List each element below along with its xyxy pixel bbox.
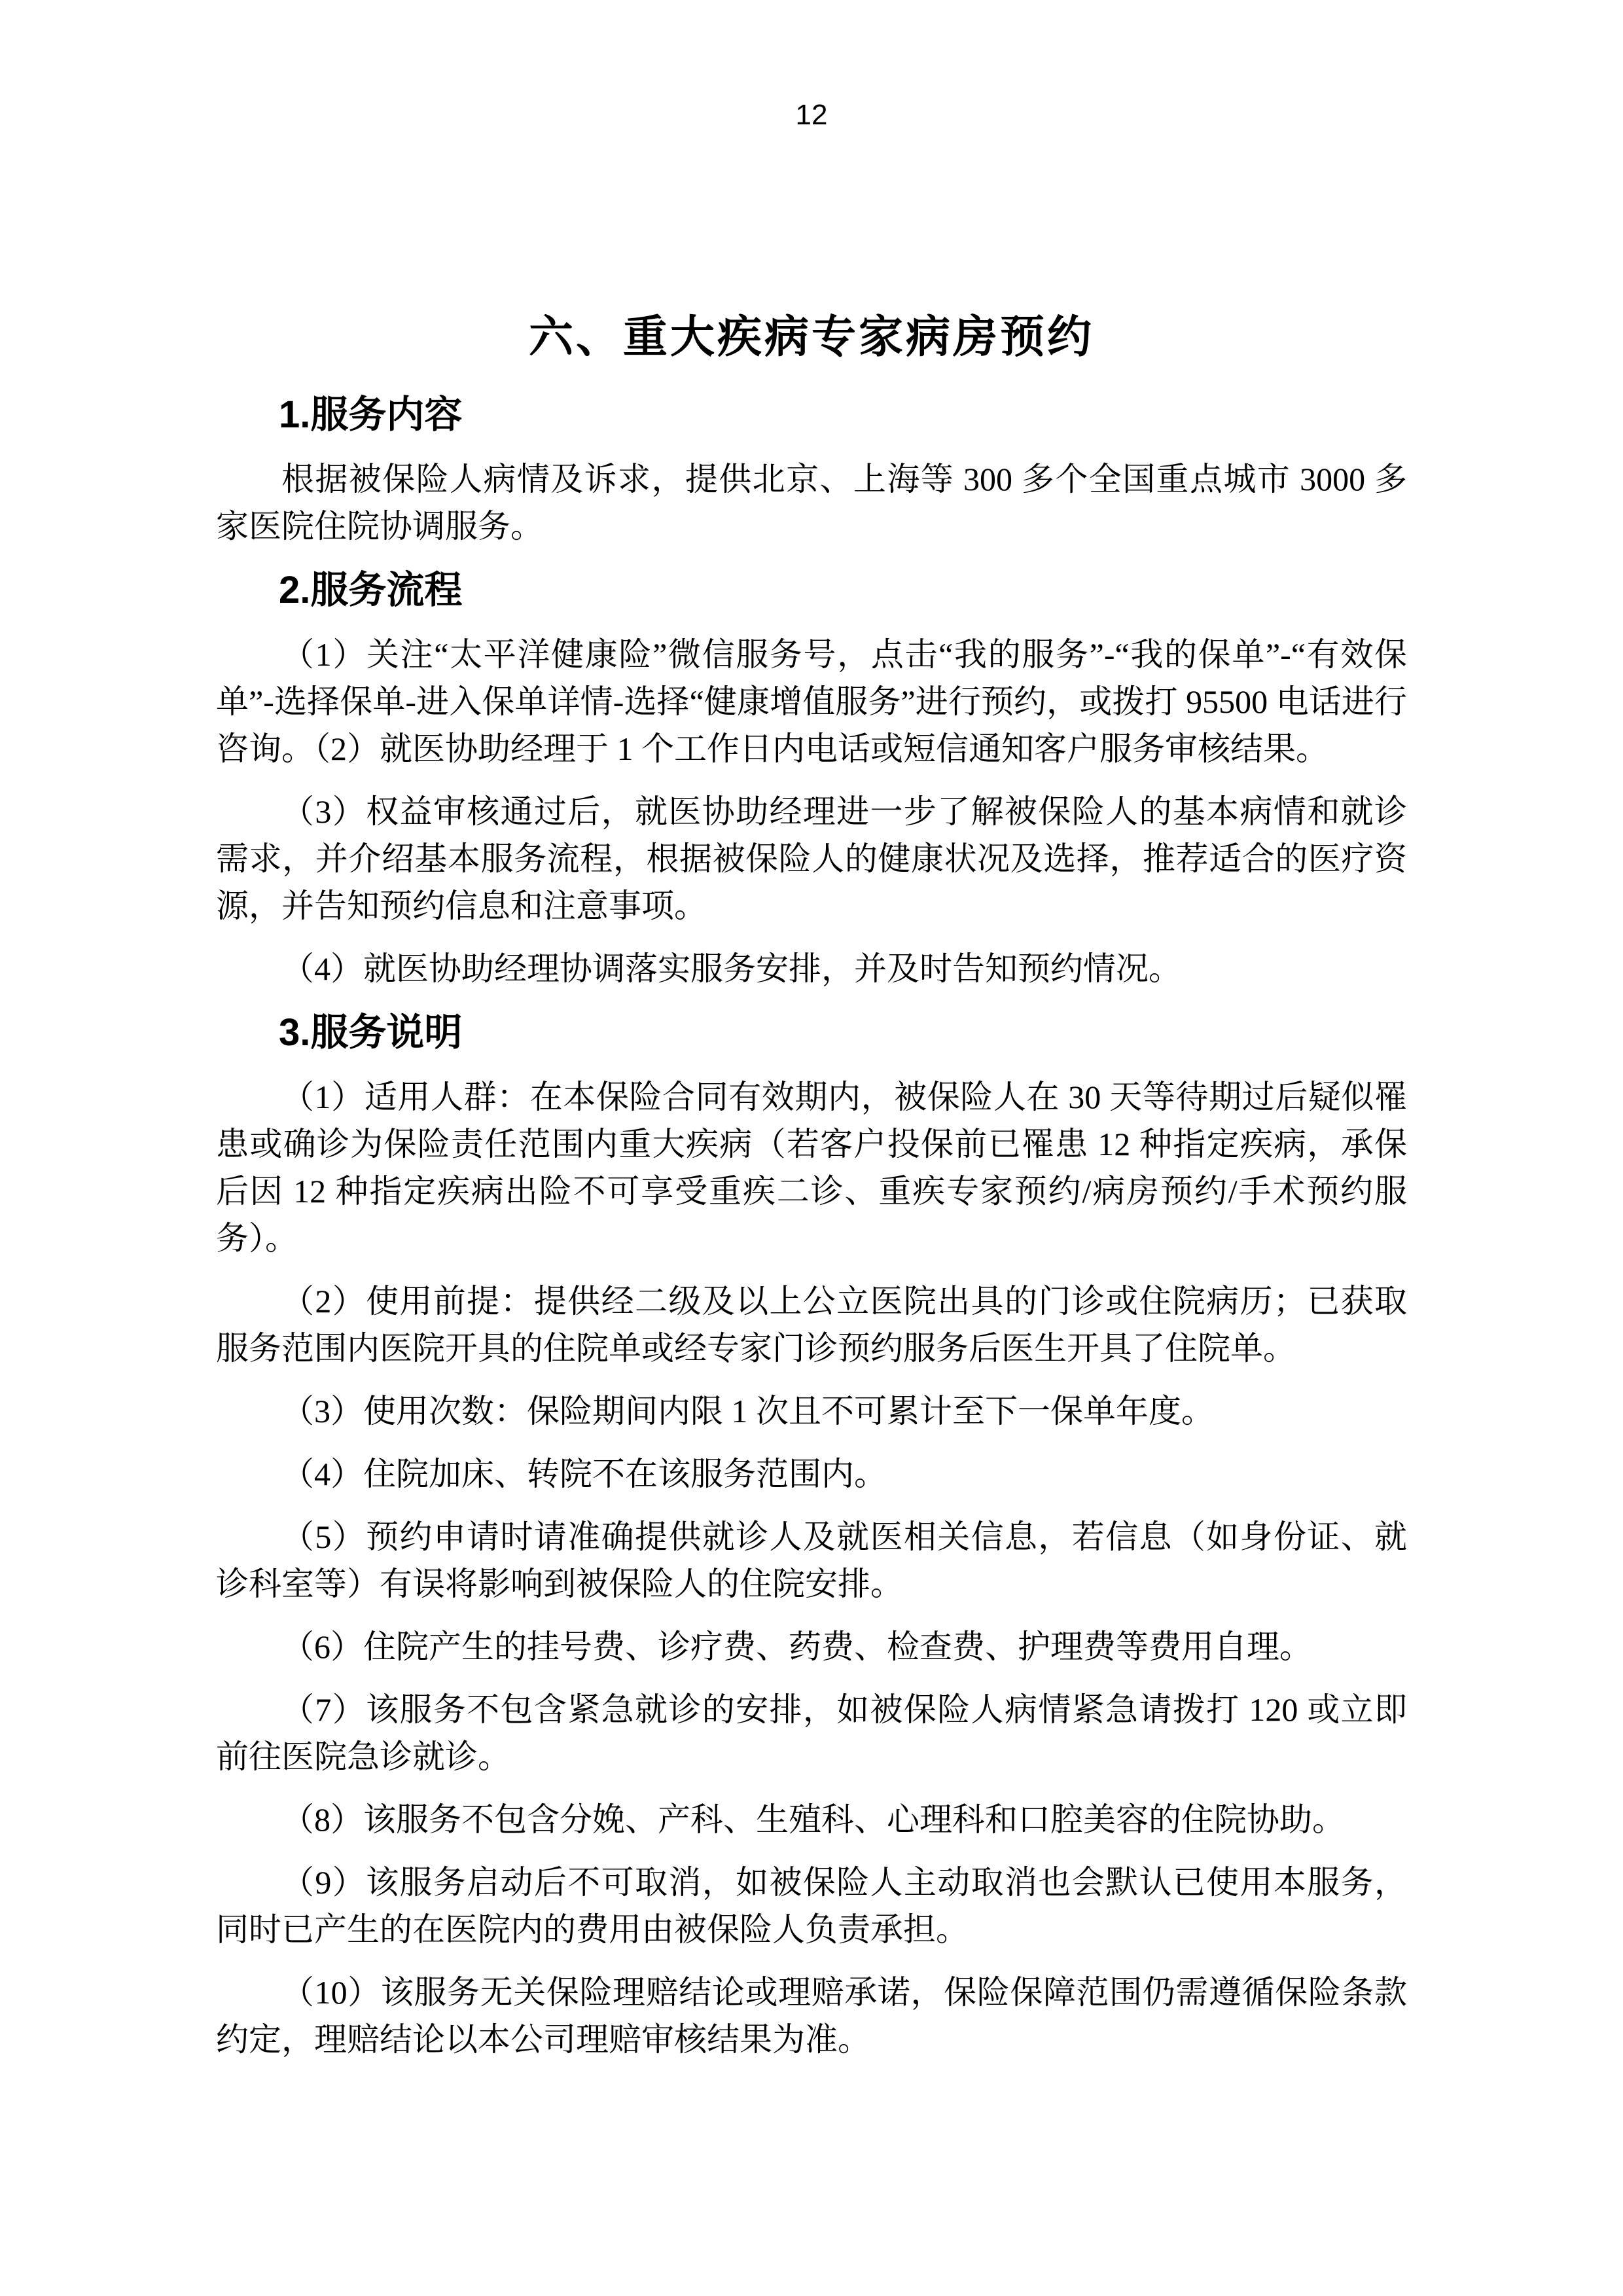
page-title: 六、重大疾病专家病房预约 — [216, 309, 1407, 365]
document-content: 六、重大疾病专家病房预约 1.服务内容 根据被保险人病情及诉求，提供北京、上海等… — [216, 309, 1407, 2063]
paragraph: （4）就医协助经理协调落实服务安排，并及时告知预约情况。 — [216, 945, 1407, 992]
paragraph: 根据被保险人病情及诉求，提供北京、上海等 300 多个全国重点城市 3000 多… — [216, 456, 1407, 550]
paragraph: （1）关注“太平洋健康险”微信服务号，点击“我的服务”-“我的保单”-“有效保单… — [216, 631, 1407, 772]
section-heading-service-content: 1.服务内容 — [279, 390, 1407, 440]
paragraph: （10）该服务无关保险理赔结论或理赔承诺，保险保障范围仍需遵循保险条款约定，理赔… — [216, 1969, 1407, 2063]
paragraph: （4）住院加床、转院不在该服务范围内。 — [216, 1450, 1407, 1498]
paragraph: （7）该服务不包含紧急就诊的安排，如被保险人病情紧急请拨打 120 或立即前往医… — [216, 1686, 1407, 1780]
paragraph: （6）住院产生的挂号费、诊疗费、药费、检查费、护理费等费用自理。 — [216, 1623, 1407, 1670]
paragraph: （3）权益审核通过后，就医协助经理进一步了解被保险人的基本病情和就诊需求，并介绍… — [216, 788, 1407, 929]
section-heading-service-process: 2.服务流程 — [279, 565, 1407, 615]
section-service-content: 1.服务内容 根据被保险人病情及诉求，提供北京、上海等 300 多个全国重点城市… — [216, 390, 1407, 550]
paragraph: （1）适用人群：在本保险合同有效期内，被保险人在 30 天等待期过后疑似罹患或确… — [216, 1073, 1407, 1262]
section-service-notes: 3.服务说明 （1）适用人群：在本保险合同有效期内，被保险人在 30 天等待期过… — [216, 1008, 1407, 2063]
page-number: 12 — [0, 0, 1623, 134]
paragraph: （9）该服务启动后不可取消，如被保险人主动取消也会默认已使用本服务，同时已产生的… — [216, 1859, 1407, 1953]
paragraph: （8）该服务不包含分娩、产科、生殖科、心理科和口腔美容的住院协助。 — [216, 1796, 1407, 1843]
paragraph: （3）使用次数：保险期间内限 1 次且不可累计至下一保单年度。 — [216, 1388, 1407, 1435]
paragraph: （2）使用前提：提供经二级及以上公立医院出具的门诊或住院病历；已获取服务范围内医… — [216, 1278, 1407, 1372]
document-page: 12 六、重大疾病专家病房预约 1.服务内容 根据被保险人病情及诉求，提供北京、… — [0, 0, 1623, 2296]
paragraph: （5）预约申请时请准确提供就诊人及就医相关信息，若信息（如身份证、就诊科室等）有… — [216, 1513, 1407, 1607]
section-heading-service-notes: 3.服务说明 — [279, 1008, 1407, 1058]
section-service-process: 2.服务流程 （1）关注“太平洋健康险”微信服务号，点击“我的服务”-“我的保单… — [216, 565, 1407, 992]
